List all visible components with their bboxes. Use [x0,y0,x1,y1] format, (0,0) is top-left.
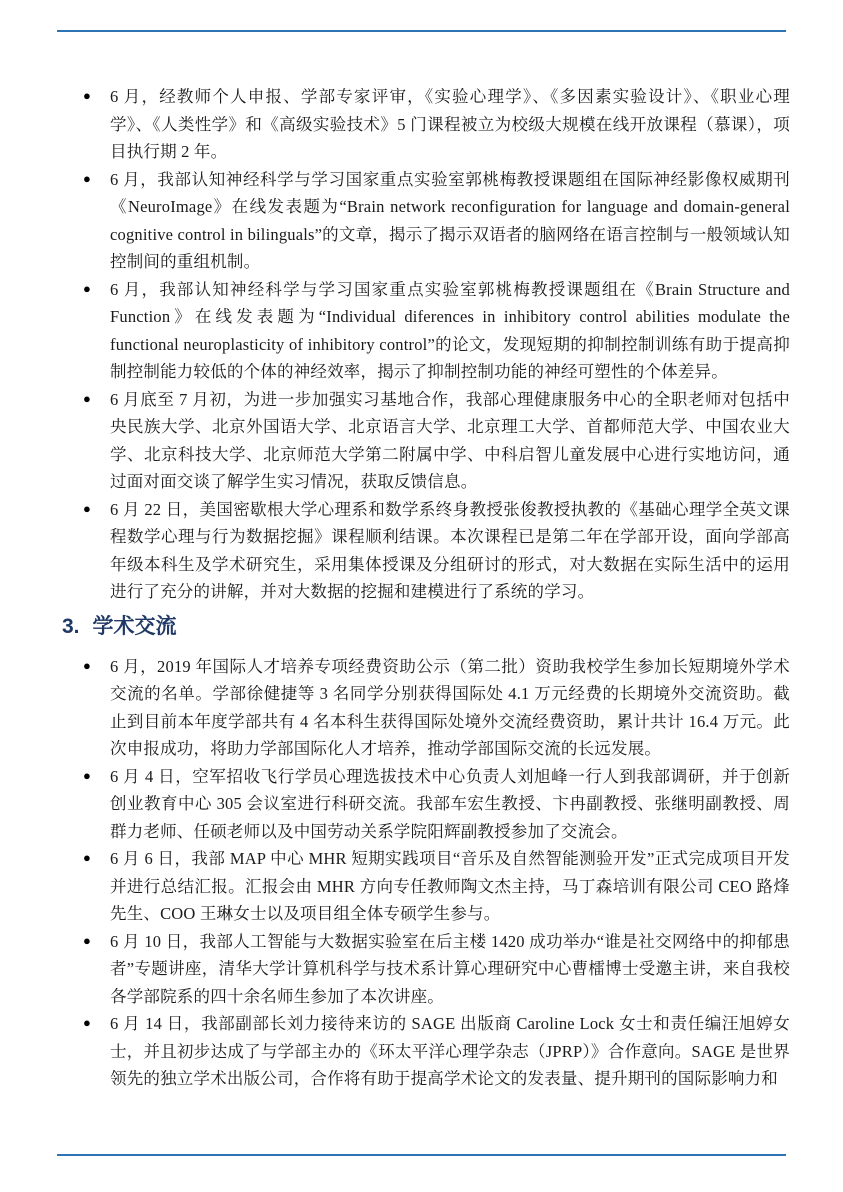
bullet-icon: ● [83,1009,91,1037]
bullet-icon: ● [83,82,91,110]
page-content: ● 6 月，经教师个人申报、学部专家评审，《实验心理学》、《多因素实验设计》、《… [57,83,790,1093]
bullet-icon: ● [83,385,91,413]
list-item: ● 6 月，经教师个人申报、学部专家评审，《实验心理学》、《多因素实验设计》、《… [57,83,790,166]
bullet-text: 6 月底至 7 月初，为进一步加强实习基地合作，我部心理健康服务中心的全职老师对… [110,390,790,492]
bullet-icon: ● [83,762,91,790]
bullet-text: 6 月，经教师个人申报、学部专家评审，《实验心理学》、《多因素实验设计》、《职业… [110,87,790,161]
bullet-icon: ● [83,165,91,193]
bullet-text: 6 月 22 日，美国密歇根大学心理系和数学系终身教授张俊教授执教的《基础心理学… [110,500,790,602]
bullet-list-previous-section: ● 6 月，经教师个人申报、学部专家评审，《实验心理学》、《多因素实验设计》、《… [57,83,790,606]
header-rule [57,30,786,32]
list-item: ● 6 月 6 日，我部 MAP 中心 MHR 短期实践项目“音乐及自然智能测验… [57,845,790,928]
document-page: ● 6 月，经教师个人申报、学部专家评审，《实验心理学》、《多因素实验设计》、《… [0,0,843,1192]
bullet-icon: ● [83,275,91,303]
list-item: ● 6 月 22 日，美国密歇根大学心理系和数学系终身教授张俊教授执教的《基础心… [57,496,790,606]
bullet-icon: ● [83,652,91,680]
bullet-text: 6 月 4 日，空军招收飞行学员心理选拔技术中心负责人刘旭峰一行人到我部调研，并… [110,767,790,841]
bullet-text: 6 月 14 日，我部副部长刘力接待来访的 SAGE 出版商 Caroline … [110,1014,790,1088]
list-item: ● 6 月 10 日，我部人工智能与大数据实验室在后主楼 1420 成功举办“谁… [57,928,790,1011]
list-item: ● 6 月，2019 年国际人才培养专项经费资助公示（第二批）资助我校学生参加长… [57,653,790,763]
bullet-list-academic-exchange: ● 6 月，2019 年国际人才培养专项经费资助公示（第二批）资助我校学生参加长… [57,653,790,1093]
section-number: 3. [62,613,80,640]
bullet-icon: ● [83,927,91,955]
list-item: ● 6 月，我部认知神经科学与学习国家重点实验室郭桃梅教授课题组在《Brain … [57,276,790,386]
list-item: ● 6 月 4 日，空军招收飞行学员心理选拔技术中心负责人刘旭峰一行人到我部调研… [57,763,790,846]
list-item: ● 6 月 14 日，我部副部长刘力接待来访的 SAGE 出版商 Carolin… [57,1010,790,1093]
bullet-icon: ● [83,495,91,523]
section-title: 学术交流 [93,613,177,640]
list-item: ● 6 月，我部认知神经科学与学习国家重点实验室郭桃梅教授课题组在国际神经影像权… [57,166,790,276]
section-heading: 3. 学术交流 [62,613,790,640]
list-item: ● 6 月底至 7 月初，为进一步加强实习基地合作，我部心理健康服务中心的全职老… [57,386,790,496]
bullet-text: 6 月，我部认知神经科学与学习国家重点实验室郭桃梅教授课题组在《Brain St… [110,280,790,382]
bullet-icon: ● [83,844,91,872]
bullet-text: 6 月 10 日，我部人工智能与大数据实验室在后主楼 1420 成功举办“谁是社… [110,932,790,1006]
bullet-text: 6 月 6 日，我部 MAP 中心 MHR 短期实践项目“音乐及自然智能测验开发… [110,849,790,923]
bullet-text: 6 月，2019 年国际人才培养专项经费资助公示（第二批）资助我校学生参加长短期… [110,657,790,759]
bullet-text: 6 月，我部认知神经科学与学习国家重点实验室郭桃梅教授课题组在国际神经影像权威期… [110,170,790,272]
footer-rule [57,1154,786,1156]
